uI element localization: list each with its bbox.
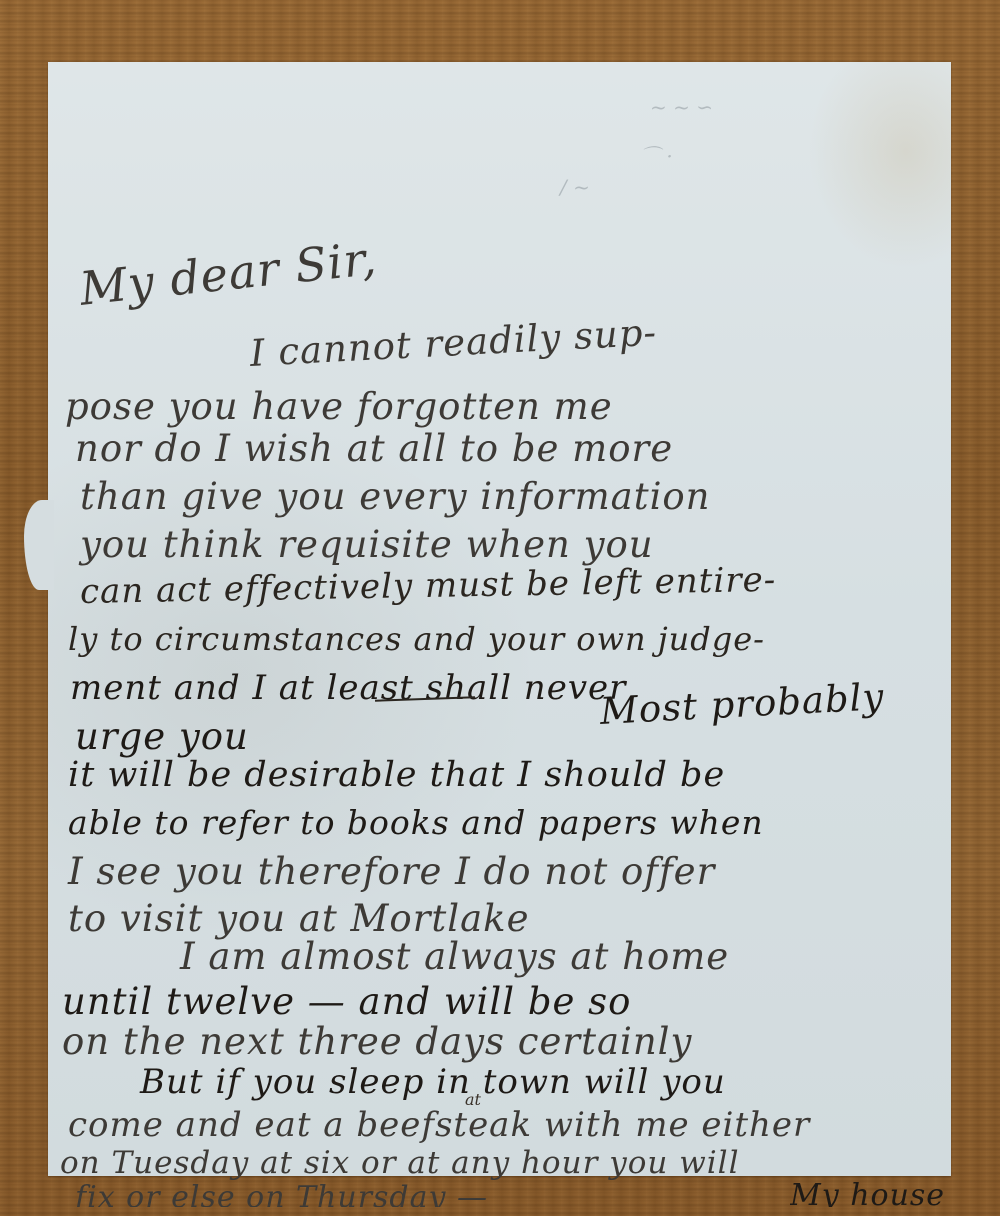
letter-line: But if you sleep in town will you	[140, 1062, 726, 1102]
verso-show-through: / ~	[560, 175, 590, 199]
verso-show-through: ~ ~ ∽	[650, 95, 713, 119]
torn-edge	[24, 500, 54, 590]
letter-line: ment and I at least shall never	[70, 668, 626, 708]
letter-line: to visit you at Mortlake	[68, 897, 529, 940]
letter-line: urge you	[75, 715, 249, 758]
letter-line: nor do I wish at all to be more	[75, 427, 673, 470]
letter-line: it will be desirable that I should be	[68, 755, 725, 795]
letter-line: come and eat a beefsteak with me either	[68, 1105, 810, 1145]
letter-line: than give you every information	[80, 475, 711, 518]
letter-line: you think requisite when you	[80, 523, 654, 566]
letter-line: ly to circumstances and your own judge-	[68, 620, 765, 658]
letter-line: until twelve — and will be so	[62, 980, 631, 1023]
letter-line: pose you have forgotten me	[65, 385, 613, 428]
letter-line: I am almost always at home	[180, 935, 729, 978]
letter-line: on the next three days certainly	[62, 1020, 692, 1063]
interlinear-insertion: at	[465, 1090, 481, 1109]
letter-line: able to refer to books and papers when	[68, 803, 764, 842]
letter-line: on Tuesday at six or at any hour you wil…	[60, 1145, 740, 1181]
letter-line: I see you therefore I do not offer	[68, 850, 715, 893]
verso-show-through: ⌒ ·	[640, 140, 673, 169]
